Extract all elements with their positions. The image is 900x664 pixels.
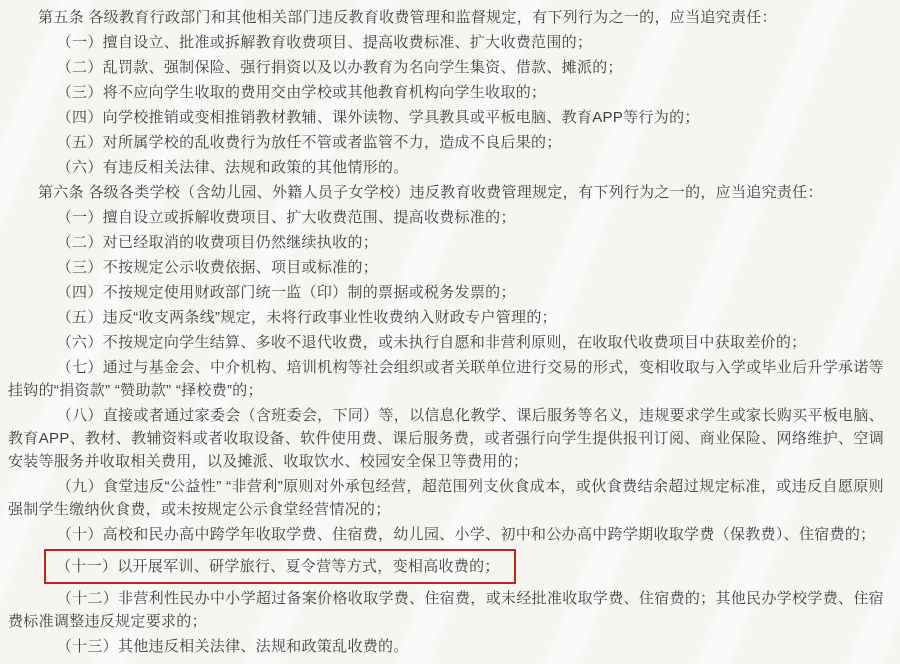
article-5-heading: 第五条 各级教育行政部门和其他相关部门违反教育收费管理和监督规定，有下列行为之一… <box>8 6 884 29</box>
article-5-item-4: （四）向学校推销或变相推销教材教辅、课外读物、学具教具或平板电脑、教育APP等行… <box>8 106 884 129</box>
article-6-item-12: （十二）非营利性民办中小学超过备案价格收取学费、住宿费，或未经批准收取学费、住宿… <box>8 587 884 633</box>
article-6-item-4: （四）不按规定使用财政部门统一监（印）制的票据或税务发票的； <box>8 281 884 304</box>
article-5-item-1: （一）擅自设立、批准或拆解教育收费项目、提高收费标准、扩大收费范围的； <box>8 31 884 54</box>
article-6-item-9: （九）食堂违反“公益性” “非营利”原则对外承包经营，超范围列支伙食成本，或伙食… <box>8 475 884 521</box>
article-6-item-10: （十）高校和民办高中跨学年收取学费、住宿费，幼儿园、小学、初中和公办高中跨学期收… <box>8 523 884 546</box>
article-6-item-11: （十一）以开展军训、研学旅行、夏令营等方式，变相高收费的； <box>8 549 884 584</box>
article-6-item-5: （五）违反“收支两条线”规定，未将行政事业性收费纳入财政专户管理的； <box>8 306 884 329</box>
article-6-item-8: （八）直接或者通过家委会（含班委会，下同）等，以信息化教学、课后服务等名义，违规… <box>8 404 884 473</box>
highlight-red-box: （十一）以开展军训、研学旅行、夏令营等方式，变相高收费的； <box>44 549 516 584</box>
article-6-item-7: （七）通过与基金会、中介机构、培训机构等社会组织或者关联单位进行交易的形式，变相… <box>8 356 884 402</box>
article-5-item-2: （二）乱罚款、强制保险、强行捐资以及以办教育为名向学生集资、借款、摊派的； <box>8 56 884 79</box>
article-6-item-3: （三）不按规定公示收费依据、项目或标准的； <box>8 256 884 279</box>
article-5-item-3: （三）将不应向学生收取的费用交由学校或其他教育机构向学生收取的； <box>8 81 884 104</box>
article-6-item-1: （一）擅自设立或拆解收费项目、扩大收费范围、提高收费标准的； <box>8 206 884 229</box>
article-6-item-6: （六）不按规定向学生结算、多收不退代收费，或未执行自愿和非营利原则，在收取代收费… <box>8 331 884 354</box>
article-6-heading: 第六条 各级各类学校（含幼儿园、外籍人员子女学校）违反教育收费管理规定，有下列行… <box>8 181 884 204</box>
article-6-item-2: （二）对已经取消的收费项目仍然继续执收的； <box>8 231 884 254</box>
article-5-item-6: （六）有违反相关法律、法规和政策的其他情形的。 <box>8 156 884 179</box>
article-5-item-5: （五）对所属学校的乱收费行为放任不管或者监管不力，造成不良后果的； <box>8 131 884 154</box>
article-6-item-13: （十三）其他违反相关法律、法规和政策乱收费的。 <box>8 635 884 658</box>
regulation-document-body: 第五条 各级教育行政部门和其他相关部门违反教育收费管理和监督规定，有下列行为之一… <box>0 0 900 658</box>
